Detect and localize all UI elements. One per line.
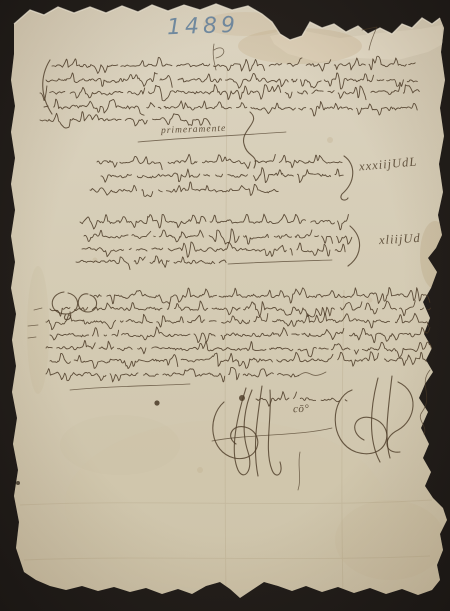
signature-abbreviation: cō°	[293, 403, 310, 416]
ink-knot	[239, 395, 245, 401]
manuscript-photograph: 1489 primeramente xxxiijUdL xliijUd cō°	[0, 0, 450, 611]
second-entry-marginal-amount: xliijUd	[379, 231, 421, 248]
paper-texture	[0, 0, 450, 611]
paper-sheet	[0, 0, 450, 611]
archival-year-annotation: 1489	[167, 13, 240, 40]
